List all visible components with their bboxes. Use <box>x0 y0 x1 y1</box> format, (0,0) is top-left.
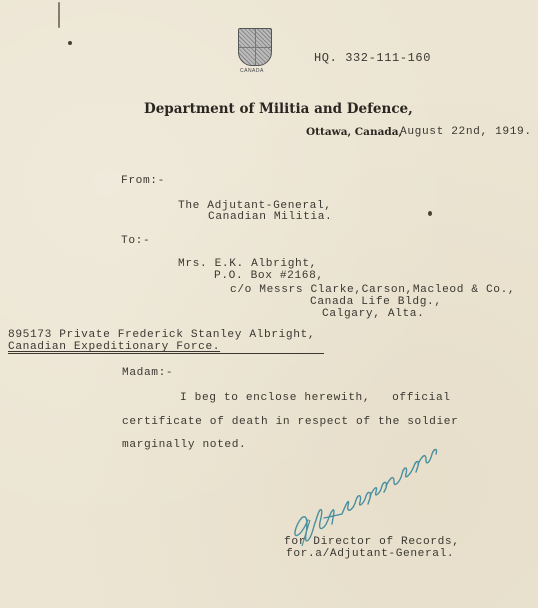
ink-spot <box>58 2 60 28</box>
signature-line-2: for.a/Adjutant-General. <box>286 548 454 560</box>
ink-spot <box>68 41 72 45</box>
to-line-1: Mrs. E.K. Albright, <box>178 258 317 270</box>
body-line-2: certificate of death in respect of the s… <box>122 416 458 428</box>
handwritten-signature <box>290 442 450 547</box>
subject-line-1: 895173 Private Frederick Stanley Albrigh… <box>8 329 315 341</box>
crest-label: CANADA <box>240 68 264 74</box>
ink-spot <box>428 211 432 216</box>
coat-of-arms-icon <box>238 28 272 66</box>
from-line-2: Canadian Militia. <box>208 211 332 223</box>
body-line-3: marginally noted. <box>122 439 246 451</box>
body-line-1: I beg to enclose herewith, official <box>180 392 451 404</box>
department-title: Department of Militia and Defence, <box>144 101 413 117</box>
to-line-3: c/o Messrs Clarke,Carson,Macleod & Co., <box>230 284 515 296</box>
signature-line-1: for Director of Records, <box>284 536 460 548</box>
subject-divider <box>8 353 324 354</box>
to-line-5: Calgary, Alta. <box>322 308 424 320</box>
from-label: From:- <box>121 175 165 187</box>
reference-number: HQ. 332-111-160 <box>314 51 431 65</box>
date: August 22nd, 1919. <box>400 126 532 138</box>
subject-line-2: Canadian Expeditionary Force. <box>8 341 220 353</box>
to-line-4: Canada Life Bldg., <box>310 296 442 308</box>
to-label: To:- <box>121 235 150 247</box>
salutation: Madam:- <box>122 367 173 379</box>
place: Ottawa, Canada, <box>306 126 402 138</box>
to-line-2: P.O. Box #2168, <box>214 270 324 282</box>
